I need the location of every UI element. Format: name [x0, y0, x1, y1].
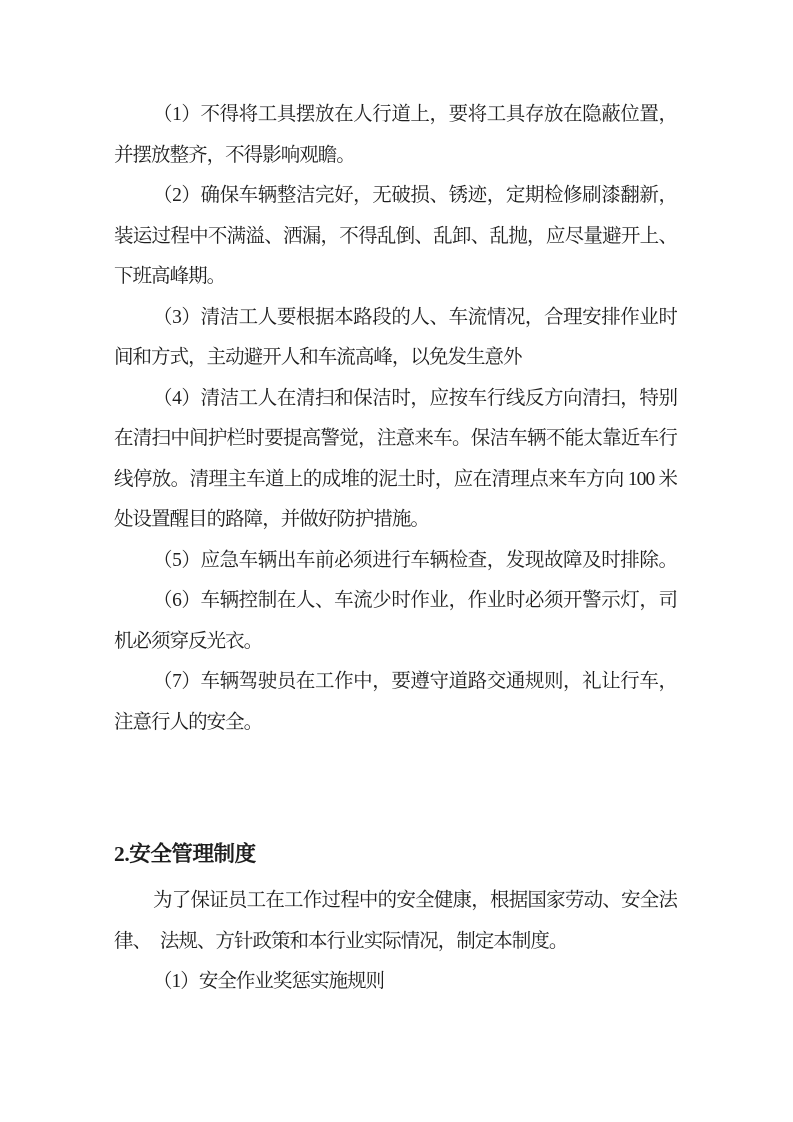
- text-line: （7）车辆驾驶员在工作中，要遵守道路交通规则，礼让行车，: [114, 662, 677, 703]
- text-line: 间和方式，主动避开人和车流高峰，以免发生意外: [114, 338, 677, 379]
- text-line: （5）应急车辆出车前必须进行车辆检查，发现故障及时排除。: [114, 541, 677, 582]
- text-line: （2）确保车辆整洁完好，无破损、锈迹，定期检修刷漆翻新，: [114, 176, 677, 217]
- rule-paragraph-2: （2）确保车辆整洁完好，无破损、锈迹，定期检修刷漆翻新， 装运过程中不满溢、洒漏…: [114, 176, 677, 298]
- safety-section: 2.安全管理制度 为了保证员工在工作过程中的安全健康，根据国家劳动、安全法 律、…: [114, 834, 677, 1003]
- text-line: 机必须穿反光衣。: [114, 622, 677, 663]
- text-line: （1）不得将工具摆放在人行道上，要将工具存放在隐蔽位置，: [114, 95, 677, 136]
- intro-paragraph: 为了保证员工在工作过程中的安全健康，根据国家劳动、安全法 律、 法规、方针政策和…: [114, 881, 677, 962]
- text-line: 在清扫中间护栏时要提高警觉，注意来车。保洁车辆不能太靠近车行: [114, 419, 677, 460]
- page-content: （1）不得将工具摆放在人行道上，要将工具存放在隐蔽位置， 并摆放整齐，不得影响观…: [114, 95, 677, 1003]
- rule-paragraph-1: （1）不得将工具摆放在人行道上，要将工具存放在隐蔽位置， 并摆放整齐，不得影响观…: [114, 95, 677, 176]
- text-line: 并摆放整齐，不得影响观瞻。: [114, 136, 677, 177]
- text-line: （6）车辆控制在人、车流少时作业，作业时必须开警示灯，司: [114, 581, 677, 622]
- text-line: 为了保证员工在工作过程中的安全健康，根据国家劳动、安全法: [114, 881, 677, 922]
- subitem-line: （1）安全作业奖惩实施规则: [114, 962, 677, 1003]
- text-line: 处设置醒目的路障，并做好防护措施。: [114, 500, 677, 541]
- work-rules-section: （1）不得将工具摆放在人行道上，要将工具存放在隐蔽位置， 并摆放整齐，不得影响观…: [114, 95, 677, 743]
- document-page: （1）不得将工具摆放在人行道上，要将工具存放在隐蔽位置， 并摆放整齐，不得影响观…: [0, 0, 793, 1122]
- text-line: （4）清洁工人在清扫和保洁时，应按车行线反方向清扫，特别: [114, 379, 677, 420]
- rule-paragraph-6: （6）车辆控制在人、车流少时作业，作业时必须开警示灯，司 机必须穿反光衣。: [114, 581, 677, 662]
- text-line: 律、 法规、方针政策和本行业实际情况，制定本制度。: [114, 922, 677, 963]
- text-line: 装运过程中不满溢、洒漏，不得乱倒、乱卸、乱抛，应尽量避开上、: [114, 217, 677, 258]
- text-line: 线停放。清理主车道上的成堆的泥土时，应在清理点来车方向 100 米: [114, 460, 677, 501]
- section-heading: 2.安全管理制度: [114, 834, 677, 875]
- text-line: 下班高峰期。: [114, 257, 677, 298]
- rule-paragraph-7: （7）车辆驾驶员在工作中，要遵守道路交通规则，礼让行车， 注意行人的安全。: [114, 662, 677, 743]
- rule-paragraph-4: （4）清洁工人在清扫和保洁时，应按车行线反方向清扫，特别 在清扫中间护栏时要提高…: [114, 379, 677, 541]
- rule-paragraph-3: （3）清洁工人要根据本路段的人、车流情况，合理安排作业时 间和方式，主动避开人和…: [114, 298, 677, 379]
- rule-paragraph-5: （5）应急车辆出车前必须进行车辆检查，发现故障及时排除。: [114, 541, 677, 582]
- text-line: 注意行人的安全。: [114, 703, 677, 744]
- text-line: （3）清洁工人要根据本路段的人、车流情况，合理安排作业时: [114, 298, 677, 339]
